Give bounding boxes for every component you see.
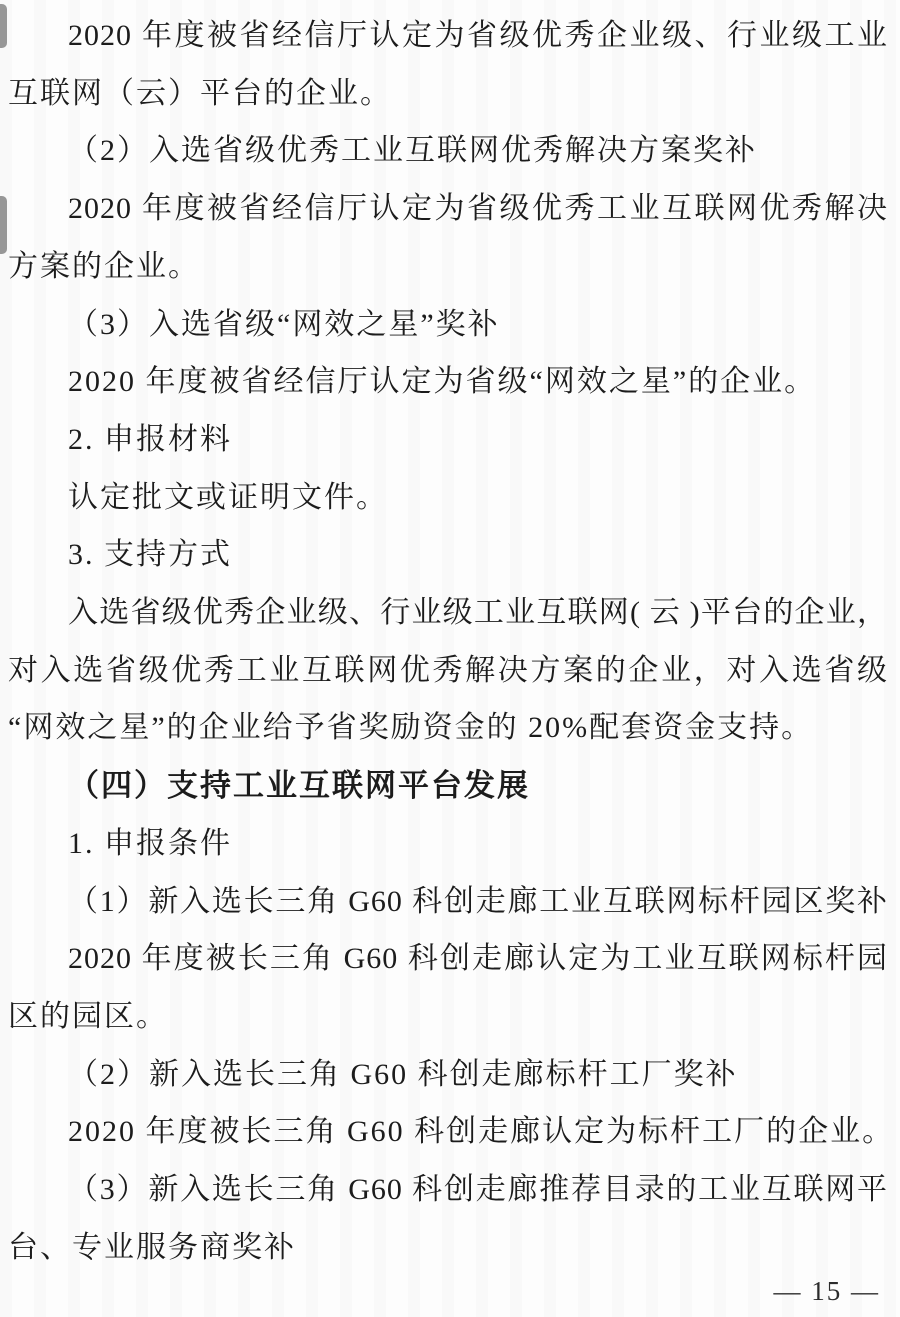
text-line: （2）新入选长三角 G60 科创走廊标杆工厂奖补 xyxy=(8,1046,888,1104)
text-line: 2020 年度被省经信厅认定为省级“网效之星”的企业。 xyxy=(8,353,888,411)
text-line: （1）新入选长三角 G60 科创走廊工业互联网标杆园区奖补 xyxy=(8,873,888,931)
page-number: — 15 — xyxy=(0,1278,900,1305)
text-line: （3）新入选长三角 G60 科创走廊推荐目录的工业互联网平 xyxy=(8,1161,888,1219)
text-line: 2020 年度被省经信厅认定为省级优秀工业互联网优秀解决 xyxy=(8,180,888,238)
text-line: 互联网（云）平台的企业。 xyxy=(8,65,888,123)
text-line: 对入选省级优秀工业互联网优秀解决方案的企业，对入选省级 xyxy=(8,642,888,700)
text-line: 台、专业服务商奖补 xyxy=(8,1219,888,1277)
text-line: 区的园区。 xyxy=(8,988,888,1046)
text-line: （3）入选省级“网效之星”奖补 xyxy=(8,296,888,354)
text-line: 入选省级优秀企业级、行业级工业互联网( 云 )平台的企业， xyxy=(8,584,888,642)
text-line: 2020 年度被长三角 G60 科创走廊认定为工业互联网标杆园 xyxy=(8,930,888,988)
text-line: 2. 申报材料 xyxy=(8,411,888,469)
document-body: 2020 年度被省经信厅认定为省级优秀企业级、行业级工业 互联网（云）平台的企业… xyxy=(0,0,900,1276)
text-line: （2）入选省级优秀工业互联网优秀解决方案奖补 xyxy=(8,122,888,180)
text-line: 2020 年度被省经信厅认定为省级优秀企业级、行业级工业 xyxy=(8,7,888,65)
text-line: “网效之星”的企业给予省奖励资金的 20%配套资金支持。 xyxy=(8,699,888,757)
text-line: 1. 申报条件 xyxy=(8,815,888,873)
text-line: 2020 年度被长三角 G60 科创走廊认定为标杆工厂的企业。 xyxy=(8,1103,888,1161)
section-heading: （四）支持工业互联网平台发展 xyxy=(8,757,888,815)
document-page: 2020 年度被省经信厅认定为省级优秀企业级、行业级工业 互联网（云）平台的企业… xyxy=(0,0,900,1317)
text-line: 方案的企业。 xyxy=(8,238,888,296)
text-line: 认定批文或证明文件。 xyxy=(8,469,888,527)
text-line: 3. 支持方式 xyxy=(8,526,888,584)
